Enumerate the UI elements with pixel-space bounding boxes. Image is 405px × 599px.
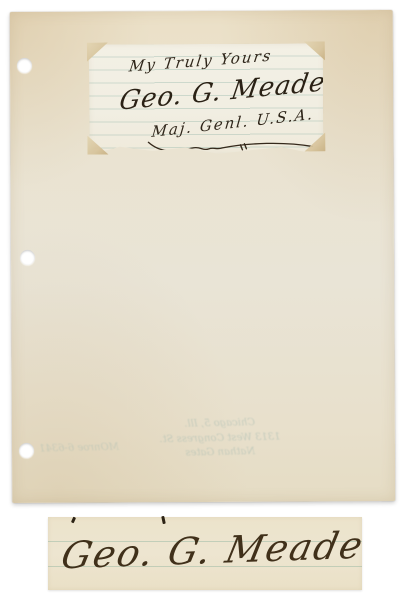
hole-punch-middle — [20, 250, 35, 265]
cut-off-stroke — [161, 516, 166, 524]
hole-punch-top — [17, 58, 32, 73]
document-page: My Truly Yours Geo. G. Meade Maj. Genl. … — [10, 10, 396, 503]
cut-off-stroke — [71, 517, 76, 524]
signature-strip: Geo. G. Meade — [48, 517, 362, 590]
hole-punch-bottom — [19, 443, 34, 458]
clip-salutation: My Truly Yours — [128, 47, 274, 76]
bleed-through-text: Chicago 5, Ill. 1313 West Congress St. N… — [139, 415, 300, 462]
photo-background: My Truly Yours Geo. G. Meade Maj. Genl. … — [0, 0, 405, 599]
signature-clip: My Truly Yours Geo. G. Meade Maj. Genl. … — [89, 43, 324, 154]
bleed-through-phone: MOnroe 6-6341 — [39, 442, 119, 455]
signature-flourish-icon — [144, 135, 319, 158]
strip-signature: Geo. G. Meade — [57, 524, 368, 578]
